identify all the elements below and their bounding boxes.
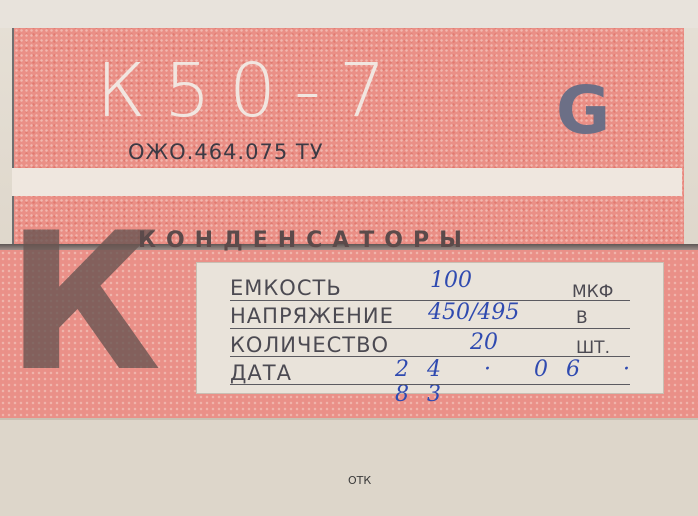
field-value-voltage: 450/495 bbox=[428, 300, 519, 325]
rule bbox=[230, 384, 630, 385]
field-unit-quantity: ШТ. bbox=[576, 338, 610, 358]
model-title: К50-7 bbox=[96, 48, 404, 134]
rule bbox=[230, 328, 630, 329]
field-label-quantity: КОЛИЧЕСТВО bbox=[230, 333, 389, 357]
field-value-quantity: 20 bbox=[470, 330, 498, 355]
field-value-capacity: 100 bbox=[430, 268, 472, 293]
field-unit-capacity: МКФ bbox=[572, 282, 613, 302]
torn-top-strip bbox=[0, 0, 698, 28]
banner-word: КОНДЕНСАТОРЫ bbox=[138, 228, 472, 253]
field-label-date: ДАТА bbox=[230, 361, 292, 385]
manufacturer-logo-icon: G bbox=[556, 72, 610, 149]
field-label-capacity: ЕМКОСТЬ bbox=[230, 276, 342, 300]
bottom-paper bbox=[0, 418, 698, 516]
field-value-date: 24 · 06 · 83 bbox=[395, 357, 698, 407]
field-label-voltage: НАПРЯЖЕНИЕ bbox=[230, 304, 394, 328]
inspection-stamp: ОТК bbox=[348, 474, 371, 487]
field-unit-voltage: В bbox=[576, 308, 588, 328]
spec-code: ОЖО.464.075 ТУ bbox=[128, 140, 324, 164]
